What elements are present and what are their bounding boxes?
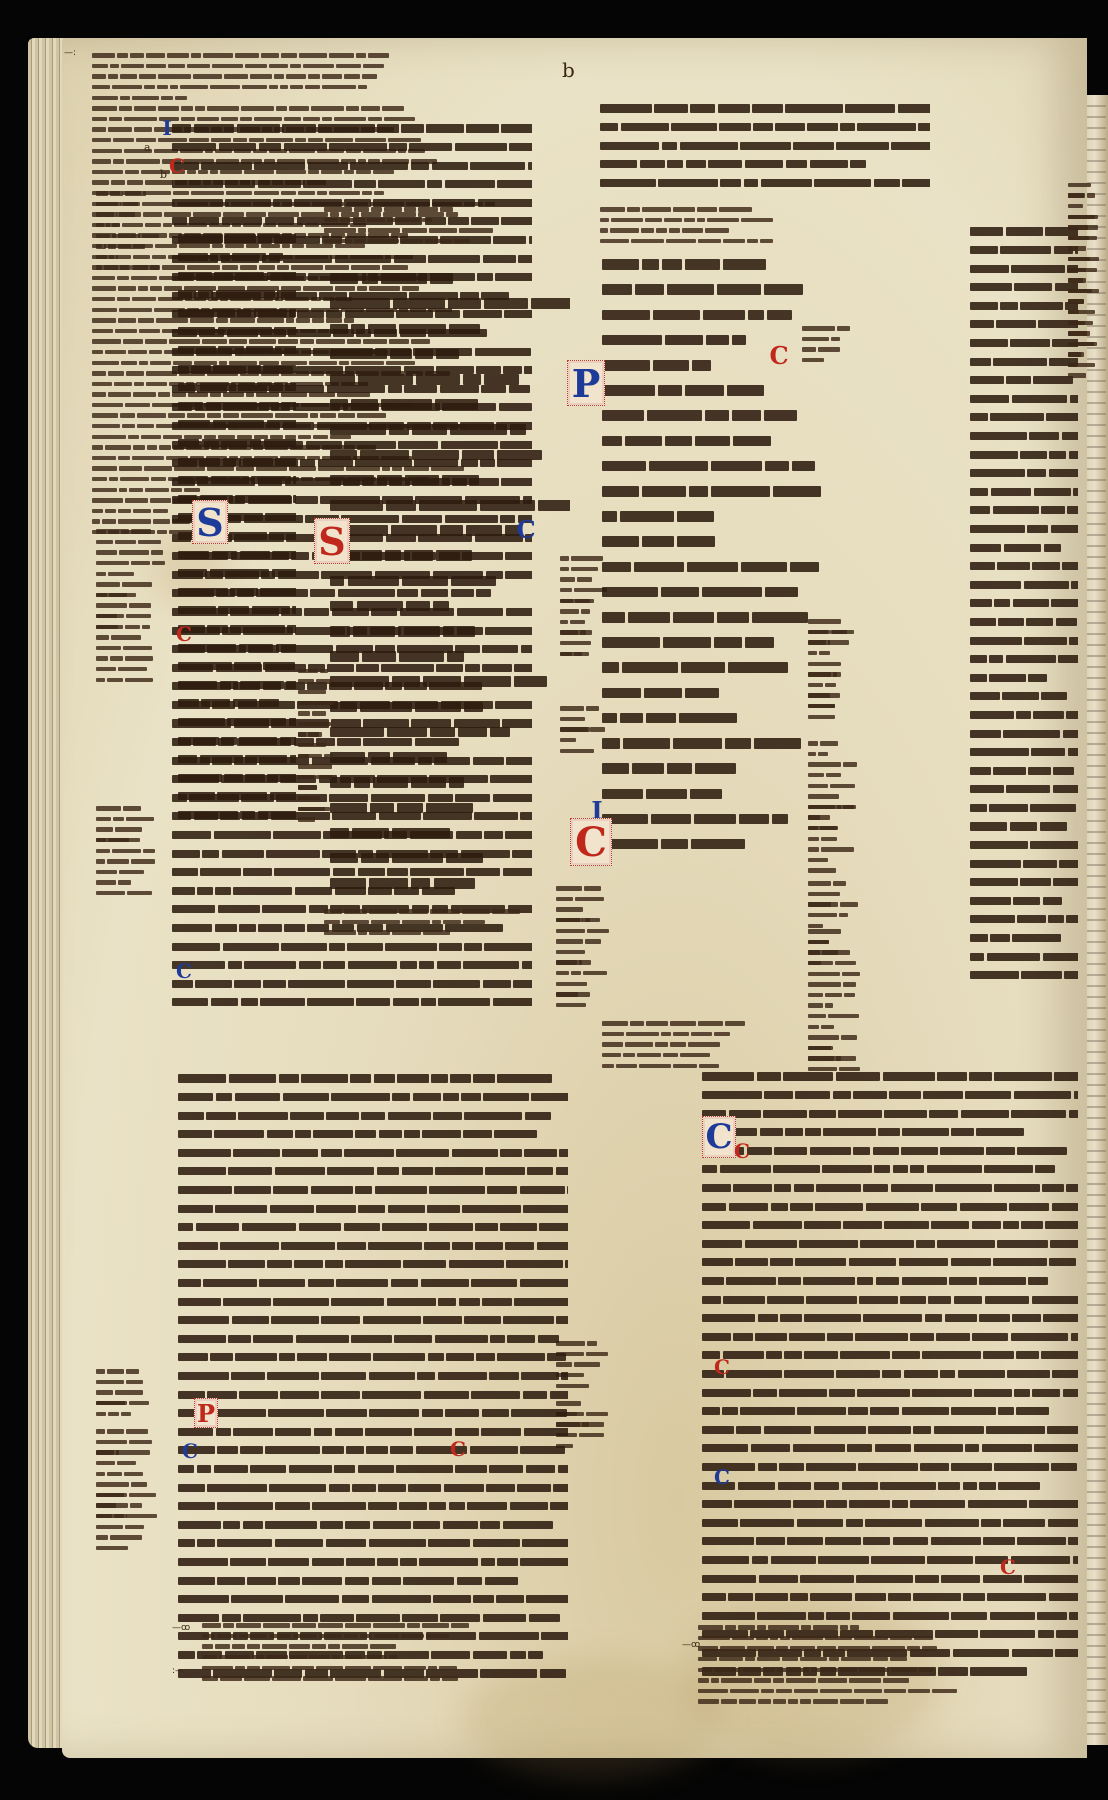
text-line bbox=[178, 1219, 568, 1238]
gloss-line bbox=[808, 855, 860, 866]
gloss-line bbox=[298, 698, 340, 709]
gloss-line bbox=[324, 225, 564, 236]
gloss-line bbox=[96, 653, 170, 664]
text-line bbox=[970, 855, 1078, 874]
text-line bbox=[330, 644, 570, 669]
gloss-line bbox=[808, 823, 860, 834]
text-line bbox=[970, 948, 1078, 967]
gloss-line bbox=[202, 1631, 652, 1642]
gloss-line bbox=[808, 802, 860, 813]
gloss-line bbox=[202, 1652, 652, 1663]
text-line bbox=[178, 1442, 568, 1461]
gloss-line bbox=[96, 1468, 166, 1479]
gloss-line bbox=[808, 770, 860, 781]
gloss-line bbox=[96, 824, 170, 835]
marginal-gloss-left-2 bbox=[96, 526, 170, 685]
text-line bbox=[178, 416, 296, 435]
text-line bbox=[970, 762, 1078, 781]
gloss-line bbox=[808, 680, 860, 691]
red-initial-c-lower: C bbox=[450, 1438, 466, 1460]
text-line bbox=[970, 465, 1078, 484]
marginal-gloss-right-b bbox=[808, 738, 860, 865]
gloss-line bbox=[92, 92, 592, 103]
text-line bbox=[602, 454, 822, 479]
text-line bbox=[602, 378, 822, 403]
gloss-line bbox=[96, 632, 170, 643]
text-line bbox=[172, 994, 532, 1013]
text-line bbox=[970, 279, 1078, 298]
text-line bbox=[602, 479, 822, 504]
text-line bbox=[178, 602, 296, 621]
text-line bbox=[330, 669, 570, 694]
text-line bbox=[970, 632, 1078, 651]
illuminated-initial-c-right: C bbox=[570, 818, 612, 866]
gloss-line bbox=[324, 927, 564, 938]
text-line bbox=[178, 230, 296, 249]
paraph-mark: —: bbox=[64, 48, 76, 58]
text-line bbox=[602, 832, 822, 857]
gloss-line bbox=[808, 1021, 862, 1032]
text-line bbox=[178, 546, 296, 565]
text-line bbox=[702, 1180, 1078, 1199]
gloss-line bbox=[698, 1675, 1078, 1686]
gloss-line bbox=[298, 761, 340, 772]
text-line bbox=[970, 502, 1078, 521]
text-line bbox=[178, 1591, 568, 1610]
text-line bbox=[330, 871, 570, 896]
text-line bbox=[178, 1126, 568, 1145]
text-line bbox=[702, 1254, 1078, 1273]
text-line bbox=[702, 1105, 1078, 1124]
gloss-line bbox=[556, 925, 612, 936]
gloss-line bbox=[96, 856, 170, 867]
gloss-line bbox=[600, 204, 930, 215]
gloss-line bbox=[556, 936, 612, 947]
text-line bbox=[702, 1273, 1078, 1292]
text-line bbox=[178, 1553, 568, 1572]
gloss-line bbox=[808, 1011, 862, 1022]
main-text-center-column bbox=[330, 266, 570, 896]
gloss-line bbox=[808, 780, 860, 791]
text-line bbox=[970, 930, 1078, 949]
text-line bbox=[178, 379, 296, 398]
gloss-line bbox=[556, 989, 612, 1000]
text-line bbox=[702, 1068, 1078, 1087]
text-line bbox=[702, 1421, 1078, 1440]
text-line bbox=[702, 1198, 1078, 1217]
gloss-line bbox=[808, 690, 860, 701]
blue-paraph-c-left: C bbox=[176, 960, 192, 982]
gloss-line bbox=[1068, 265, 1098, 276]
gloss-line bbox=[96, 1490, 166, 1501]
gloss-line bbox=[1068, 360, 1098, 371]
gloss-line bbox=[808, 627, 860, 638]
illuminated-initial-c-lower-right: C bbox=[702, 1116, 736, 1158]
gloss-line bbox=[602, 1018, 822, 1029]
gloss-line bbox=[298, 751, 340, 762]
gloss-line bbox=[556, 957, 612, 968]
text-line bbox=[702, 1384, 1078, 1403]
main-text-right-upper bbox=[600, 100, 930, 193]
text-line bbox=[178, 769, 296, 788]
marginal-gloss-right-a bbox=[802, 323, 862, 355]
text-line bbox=[330, 266, 570, 291]
gloss-line bbox=[556, 947, 612, 958]
gloss-line bbox=[808, 968, 862, 979]
text-line bbox=[178, 806, 296, 825]
manuscript-page: —: b I a b C S C C S C bbox=[62, 38, 1087, 1758]
text-line bbox=[702, 1458, 1078, 1477]
gloss-line bbox=[1068, 201, 1098, 212]
gloss-line bbox=[202, 1641, 652, 1652]
text-line bbox=[602, 806, 822, 831]
gloss-line bbox=[698, 1686, 1078, 1697]
gloss-line bbox=[1068, 328, 1098, 339]
text-line bbox=[178, 323, 296, 342]
text-line bbox=[970, 335, 1078, 354]
gloss-line bbox=[808, 833, 860, 844]
text-line bbox=[172, 975, 532, 994]
gloss-line bbox=[600, 225, 930, 236]
text-line bbox=[330, 594, 570, 619]
text-line bbox=[178, 1572, 568, 1591]
gloss-line bbox=[808, 844, 860, 855]
paraph-mark: :— bbox=[172, 1666, 184, 1676]
gloss-line bbox=[96, 252, 166, 263]
text-line bbox=[330, 720, 570, 745]
text-line bbox=[702, 1161, 1078, 1180]
text-line bbox=[172, 120, 532, 139]
text-line bbox=[178, 1089, 568, 1108]
text-line bbox=[602, 403, 822, 428]
illuminated-initial-s-center: S bbox=[314, 518, 350, 564]
gloss-line bbox=[96, 888, 170, 899]
gloss-line bbox=[96, 199, 166, 210]
text-line bbox=[970, 706, 1078, 725]
text-line bbox=[970, 725, 1078, 744]
gloss-line bbox=[96, 1511, 166, 1522]
text-line bbox=[178, 1535, 568, 1554]
gloss-line bbox=[298, 719, 340, 730]
text-line bbox=[178, 1237, 568, 1256]
gloss-line bbox=[698, 1643, 1078, 1654]
text-line bbox=[970, 353, 1078, 372]
text-line bbox=[970, 428, 1078, 447]
marginal-gloss-far-right bbox=[1068, 180, 1098, 371]
text-line bbox=[970, 521, 1078, 540]
gloss-line bbox=[324, 236, 564, 247]
text-line bbox=[702, 1087, 1078, 1106]
text-line bbox=[178, 620, 296, 639]
text-line bbox=[178, 472, 296, 491]
text-line bbox=[602, 731, 822, 756]
gloss-line bbox=[808, 878, 862, 889]
text-line bbox=[178, 360, 296, 379]
text-line bbox=[602, 580, 822, 605]
text-line bbox=[970, 744, 1078, 763]
gloss-line bbox=[1068, 275, 1098, 286]
text-line bbox=[178, 1107, 568, 1126]
text-line bbox=[172, 176, 532, 195]
text-line bbox=[970, 223, 1078, 242]
red-initial-c-lower-right-1: C bbox=[734, 1140, 750, 1162]
gloss-line bbox=[808, 979, 862, 990]
gloss-line bbox=[96, 241, 166, 252]
text-line bbox=[178, 1368, 568, 1387]
text-line bbox=[330, 392, 570, 417]
gloss-line bbox=[298, 730, 340, 741]
red-initial-c-right: C bbox=[768, 342, 790, 368]
gloss-line bbox=[1068, 233, 1098, 244]
text-line bbox=[330, 367, 570, 392]
text-line bbox=[178, 1163, 568, 1182]
text-line bbox=[702, 1477, 1078, 1496]
gloss-line bbox=[96, 590, 170, 601]
text-line bbox=[178, 1144, 568, 1163]
text-line bbox=[970, 390, 1078, 409]
text-line bbox=[178, 788, 296, 807]
text-line bbox=[702, 1403, 1078, 1422]
text-line bbox=[178, 732, 296, 751]
illuminated-initial-p: P bbox=[567, 360, 605, 406]
center-closing-note bbox=[324, 906, 564, 938]
gloss-line bbox=[96, 547, 170, 558]
main-text-lower-left bbox=[178, 1070, 568, 1684]
text-line bbox=[970, 539, 1078, 558]
gloss-line bbox=[808, 1032, 862, 1043]
text-line bbox=[970, 595, 1078, 614]
gloss-line bbox=[808, 1043, 862, 1054]
text-line bbox=[330, 417, 570, 442]
text-line bbox=[178, 676, 296, 695]
text-line bbox=[970, 242, 1078, 261]
text-line bbox=[330, 745, 570, 770]
right-top-note bbox=[600, 204, 930, 246]
text-line bbox=[602, 605, 822, 630]
blue-initial-c-clemens: C bbox=[516, 516, 536, 542]
text-line bbox=[602, 630, 822, 655]
text-line bbox=[178, 453, 296, 472]
text-line bbox=[702, 1124, 1078, 1143]
gloss-line bbox=[808, 1000, 862, 1011]
gloss-line bbox=[96, 1447, 166, 1458]
gloss-line bbox=[556, 978, 612, 989]
text-line bbox=[702, 1235, 1078, 1254]
gloss-line bbox=[808, 812, 860, 823]
text-line bbox=[602, 529, 822, 554]
text-line bbox=[330, 820, 570, 845]
text-line bbox=[600, 156, 930, 175]
marginal-gloss-right-simplex bbox=[808, 878, 862, 920]
gloss-line bbox=[96, 526, 170, 537]
gloss-line bbox=[1068, 212, 1098, 223]
gloss-line bbox=[96, 877, 170, 888]
text-line bbox=[178, 342, 296, 361]
red-initial-c-end: C bbox=[1000, 1556, 1016, 1578]
gloss-line bbox=[808, 1053, 862, 1064]
text-line bbox=[330, 568, 570, 593]
gloss-line bbox=[556, 894, 612, 905]
text-line bbox=[970, 818, 1078, 837]
marginal-gloss-left-3 bbox=[96, 803, 170, 898]
blue-paraph-c-lower: C bbox=[182, 1440, 198, 1462]
red-initial-c-lower-right-2: C bbox=[714, 1356, 730, 1378]
text-line bbox=[178, 1386, 568, 1405]
gloss-line bbox=[808, 791, 860, 802]
text-line bbox=[702, 1217, 1078, 1236]
gloss-line bbox=[1068, 244, 1098, 255]
gloss-line bbox=[202, 1620, 652, 1631]
gloss-line bbox=[556, 883, 612, 894]
text-line bbox=[178, 1312, 568, 1331]
main-text-lower-right bbox=[702, 1068, 1078, 1682]
text-line bbox=[970, 967, 1078, 986]
gloss-line bbox=[92, 50, 592, 61]
gloss-line bbox=[96, 1408, 166, 1419]
illuminated-initial-s-left: S bbox=[192, 500, 228, 544]
marginal-gloss-left-5 bbox=[96, 1426, 166, 1543]
text-line bbox=[178, 583, 296, 602]
text-line bbox=[172, 957, 532, 976]
gloss-line bbox=[556, 904, 612, 915]
gloss-line bbox=[324, 215, 564, 226]
text-line bbox=[178, 1479, 568, 1498]
text-line bbox=[602, 706, 822, 731]
marker-b: b bbox=[160, 168, 167, 181]
red-initial-c-left: C bbox=[176, 623, 192, 645]
text-line bbox=[330, 468, 570, 493]
gloss-line bbox=[808, 616, 860, 627]
text-line bbox=[702, 1533, 1078, 1552]
right-closing-note bbox=[602, 1018, 822, 1071]
text-line bbox=[970, 446, 1078, 465]
text-line bbox=[602, 680, 822, 705]
text-line bbox=[178, 1405, 568, 1424]
text-line bbox=[178, 1256, 568, 1275]
text-line bbox=[178, 267, 296, 286]
gloss-line bbox=[96, 1479, 166, 1490]
gloss-line bbox=[556, 915, 612, 926]
text-line bbox=[970, 669, 1078, 688]
text-line bbox=[178, 286, 296, 305]
paraph-initial-i: I bbox=[160, 118, 174, 138]
text-line bbox=[602, 277, 822, 302]
gloss-line bbox=[96, 1437, 166, 1448]
text-line bbox=[970, 651, 1078, 670]
gloss-line bbox=[298, 740, 340, 751]
gloss-line bbox=[96, 674, 170, 685]
gloss-line bbox=[698, 1622, 1078, 1633]
gloss-line bbox=[96, 1521, 166, 1532]
text-line bbox=[178, 639, 296, 658]
gloss-line bbox=[96, 558, 170, 569]
text-line bbox=[172, 938, 532, 957]
text-line bbox=[330, 694, 570, 719]
gloss-line bbox=[808, 958, 862, 969]
gloss-line bbox=[92, 103, 592, 114]
gloss-line bbox=[324, 906, 564, 917]
gloss-line bbox=[96, 537, 170, 548]
text-line bbox=[970, 837, 1078, 856]
blue-paraph-c-lower-right: C bbox=[714, 1466, 730, 1488]
gloss-line bbox=[202, 1662, 652, 1673]
paraph-mark: —ꝏ bbox=[172, 1623, 190, 1633]
text-line bbox=[702, 1570, 1078, 1589]
gloss-line bbox=[808, 937, 862, 948]
gloss-line bbox=[602, 1039, 822, 1050]
text-line bbox=[970, 874, 1078, 893]
text-line bbox=[602, 655, 822, 680]
text-line bbox=[702, 1310, 1078, 1329]
text-line bbox=[602, 504, 822, 529]
gloss-line bbox=[92, 61, 592, 72]
gloss-line bbox=[808, 648, 860, 659]
text-line bbox=[330, 291, 570, 316]
gloss-line bbox=[96, 1366, 166, 1377]
gloss-line bbox=[96, 220, 166, 231]
text-line bbox=[178, 1498, 568, 1517]
text-line bbox=[178, 1200, 568, 1219]
text-line bbox=[178, 1275, 568, 1294]
gloss-line bbox=[808, 889, 862, 900]
text-line bbox=[702, 1496, 1078, 1515]
text-line bbox=[330, 316, 570, 341]
gloss-line bbox=[96, 867, 170, 878]
text-line bbox=[600, 119, 930, 138]
text-line bbox=[178, 751, 296, 770]
gloss-line bbox=[298, 783, 340, 794]
gloss-line bbox=[698, 1696, 1078, 1707]
text-line bbox=[970, 613, 1078, 632]
gloss-line bbox=[808, 910, 862, 921]
text-line bbox=[702, 1514, 1078, 1533]
text-line bbox=[330, 770, 570, 795]
text-line bbox=[970, 911, 1078, 930]
gloss-line bbox=[698, 1664, 1078, 1675]
gloss-line bbox=[808, 637, 860, 648]
text-line bbox=[178, 713, 296, 732]
gloss-line bbox=[298, 687, 340, 698]
text-line bbox=[970, 297, 1078, 316]
text-line bbox=[178, 304, 296, 323]
text-line bbox=[178, 1423, 568, 1442]
gloss-line bbox=[556, 968, 612, 979]
text-line bbox=[970, 781, 1078, 800]
text-line bbox=[330, 342, 570, 367]
gloss-line bbox=[96, 814, 170, 825]
gloss-line bbox=[808, 658, 860, 669]
marker-a: a bbox=[144, 141, 151, 154]
text-line bbox=[970, 409, 1078, 428]
text-line bbox=[602, 252, 822, 277]
text-line bbox=[970, 576, 1078, 595]
gloss-line bbox=[1068, 307, 1098, 318]
gloss-line bbox=[92, 82, 592, 93]
text-line bbox=[970, 799, 1078, 818]
gloss-line bbox=[202, 1673, 652, 1684]
gloss-line bbox=[96, 835, 170, 846]
text-line bbox=[172, 139, 532, 158]
text-line bbox=[330, 442, 570, 467]
marginal-gloss-right-c bbox=[808, 926, 862, 1074]
text-line bbox=[330, 619, 570, 644]
gloss-line bbox=[808, 759, 860, 770]
marginal-gloss-left-1 bbox=[96, 188, 166, 273]
text-line bbox=[702, 1440, 1078, 1459]
center-intro-note bbox=[324, 204, 564, 246]
gloss-line bbox=[96, 664, 170, 675]
text-line bbox=[600, 100, 930, 119]
